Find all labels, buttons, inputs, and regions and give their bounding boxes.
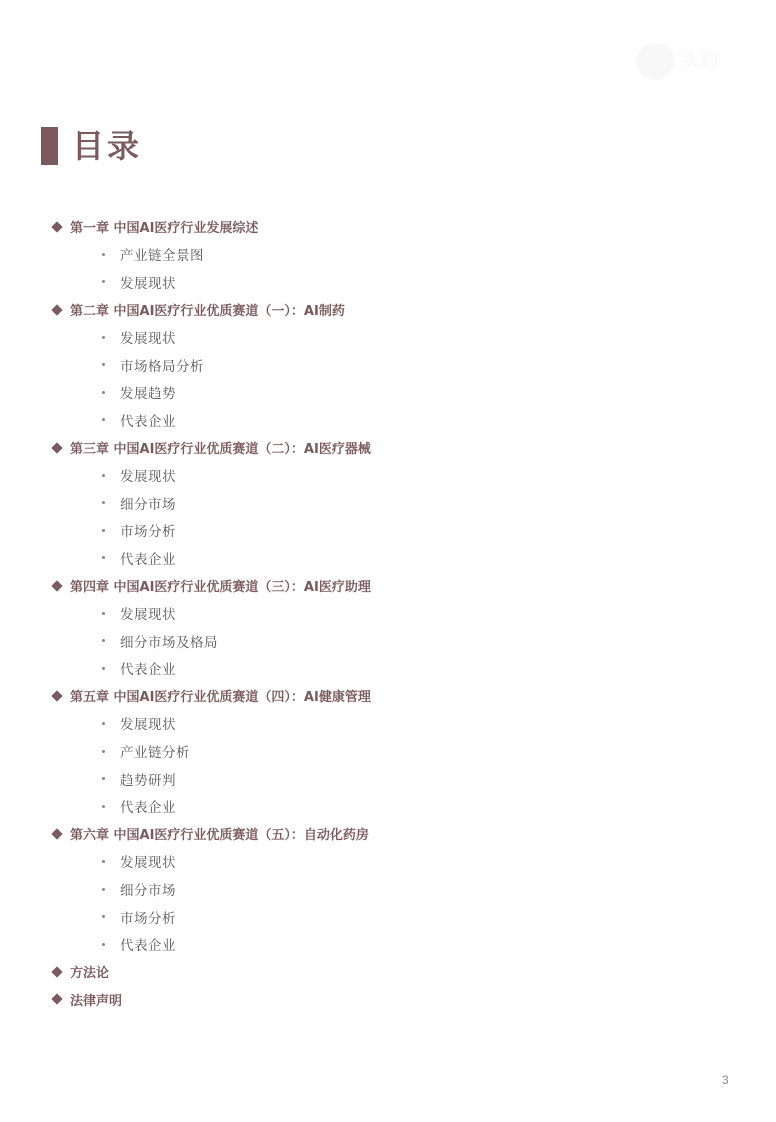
dot-bullet-icon [102,915,105,918]
chapter-label: 第四章 中国AI医疗行业优质赛道（三）：AI医疗助理 [70,576,371,595]
subitem-label: 发展现状 [120,603,176,623]
toc-chapter-6[interactable]: 第六章 中国AI医疗行业优质赛道（五）：自动化药房 [50,820,650,848]
page-number: 3 [722,1073,729,1087]
chapter-label: 第五章 中国AI医疗行业优质赛道（四）：AI健康管理 [70,686,371,705]
diamond-bullet-icon [51,690,62,701]
subitem-label: 代表企业 [120,934,176,954]
subitem-label: 趋势研判 [120,769,176,789]
brand-logo: 头豹 [636,42,746,82]
subitem-label: 产业链全景图 [120,244,204,264]
subitem-label: 发展现状 [120,465,176,485]
toc-methodology[interactable]: 方法论 [50,958,650,986]
dot-bullet-icon [102,943,105,946]
subitem-label: 市场分析 [120,520,176,540]
toc-subitem[interactable]: 市场分析 [50,517,650,545]
chapter-label: 法律声明 [70,990,122,1009]
toc-subitem[interactable]: 发展现状 [50,848,650,876]
subitem-label: 细分市场及格局 [120,631,218,651]
dot-bullet-icon [102,805,105,808]
toc-subitem[interactable]: 代表企业 [50,406,650,434]
dot-bullet-icon [102,612,105,615]
logo-text: 头豹 [682,46,718,72]
dot-bullet-icon [102,336,105,339]
page-title-block: 目录 [41,127,142,165]
subitem-label: 产业链分析 [120,741,190,761]
subitem-label: 发展现状 [120,851,176,871]
subitem-label: 代表企业 [120,410,176,430]
chapter-label: 方法论 [70,962,109,981]
subitem-label: 市场分析 [120,907,176,927]
toc-subitem[interactable]: 发展现状 [50,599,650,627]
toc-subitem[interactable]: 市场分析 [50,903,650,931]
title-accent-bar [41,127,58,165]
subitem-label: 市场格局分析 [120,355,204,375]
toc-subitem[interactable]: 细分市场 [50,489,650,517]
toc-subitem[interactable]: 发展现状 [50,710,650,738]
subitem-label: 发展现状 [120,713,176,733]
chapter-label: 第六章 中国AI医疗行业优质赛道（五）：自动化药房 [70,824,369,843]
dot-bullet-icon [102,474,105,477]
diamond-bullet-icon [51,442,62,453]
toc-chapter-4[interactable]: 第四章 中国AI医疗行业优质赛道（三）：AI医疗助理 [50,572,650,600]
dot-bullet-icon [102,501,105,504]
dot-bullet-icon [102,777,105,780]
diamond-bullet-icon [51,994,62,1005]
dot-bullet-icon [102,667,105,670]
subitem-label: 发展现状 [120,327,176,347]
dot-bullet-icon [102,722,105,725]
chapter-label: 第二章 中国AI医疗行业优质赛道（一）：AI制药 [70,300,345,319]
dot-bullet-icon [102,418,105,421]
dot-bullet-icon [102,860,105,863]
toc-subitem[interactable]: 代表企业 [50,544,650,572]
toc-subitem[interactable]: 代表企业 [50,930,650,958]
toc-subitem[interactable]: 发展趋势 [50,379,650,407]
dot-bullet-icon [102,280,105,283]
dot-bullet-icon [102,253,105,256]
subitem-label: 细分市场 [120,493,176,513]
dot-bullet-icon [102,750,105,753]
toc-subitem[interactable]: 产业链全景图 [50,241,650,269]
subitem-label: 代表企业 [120,658,176,678]
toc-chapter-5[interactable]: 第五章 中国AI医疗行业优质赛道（四）：AI健康管理 [50,682,650,710]
page-title: 目录 [72,127,142,165]
diamond-bullet-icon [51,966,62,977]
diamond-bullet-icon [51,221,62,232]
diamond-bullet-icon [51,304,62,315]
subitem-label: 细分市场 [120,879,176,899]
dot-bullet-icon [102,888,105,891]
subitem-label: 发展趋势 [120,382,176,402]
subitem-label: 代表企业 [120,548,176,568]
toc-subitem[interactable]: 市场格局分析 [50,351,650,379]
dot-bullet-icon [102,556,105,559]
diamond-bullet-icon [51,828,62,839]
chapter-label: 第三章 中国AI医疗行业优质赛道（二）：AI医疗器械 [70,438,371,457]
dot-bullet-icon [102,639,105,642]
toc-subitem[interactable]: 发展现状 [50,323,650,351]
toc-subitem[interactable]: 细分市场 [50,875,650,903]
dot-bullet-icon [102,529,105,532]
toc-subitem[interactable]: 代表企业 [50,792,650,820]
toc-chapter-2[interactable]: 第二章 中国AI医疗行业优质赛道（一）：AI制药 [50,296,650,324]
toc-subitem[interactable]: 发展现状 [50,268,650,296]
dot-bullet-icon [102,391,105,394]
toc-subitem[interactable]: 产业链分析 [50,737,650,765]
subitem-label: 发展现状 [120,272,176,292]
toc-chapter-3[interactable]: 第三章 中国AI医疗行业优质赛道（二）：AI医疗器械 [50,434,650,462]
chapter-label: 第一章 中国AI医疗行业发展综述 [70,217,258,236]
toc-subitem[interactable]: 趋势研判 [50,765,650,793]
toc-chapter-1[interactable]: 第一章 中国AI医疗行业发展综述 [50,213,650,241]
toc-subitem[interactable]: 代表企业 [50,655,650,683]
toc-legal-statement[interactable]: 法律声明 [50,986,650,1014]
dot-bullet-icon [102,363,105,366]
table-of-contents: 第一章 中国AI医疗行业发展综述 产业链全景图 发展现状 第二章 中国AI医疗行… [50,213,650,1013]
toc-subitem[interactable]: 细分市场及格局 [50,627,650,655]
diamond-bullet-icon [51,580,62,591]
logo-icon [636,44,674,80]
toc-subitem[interactable]: 发展现状 [50,461,650,489]
subitem-label: 代表企业 [120,796,176,816]
